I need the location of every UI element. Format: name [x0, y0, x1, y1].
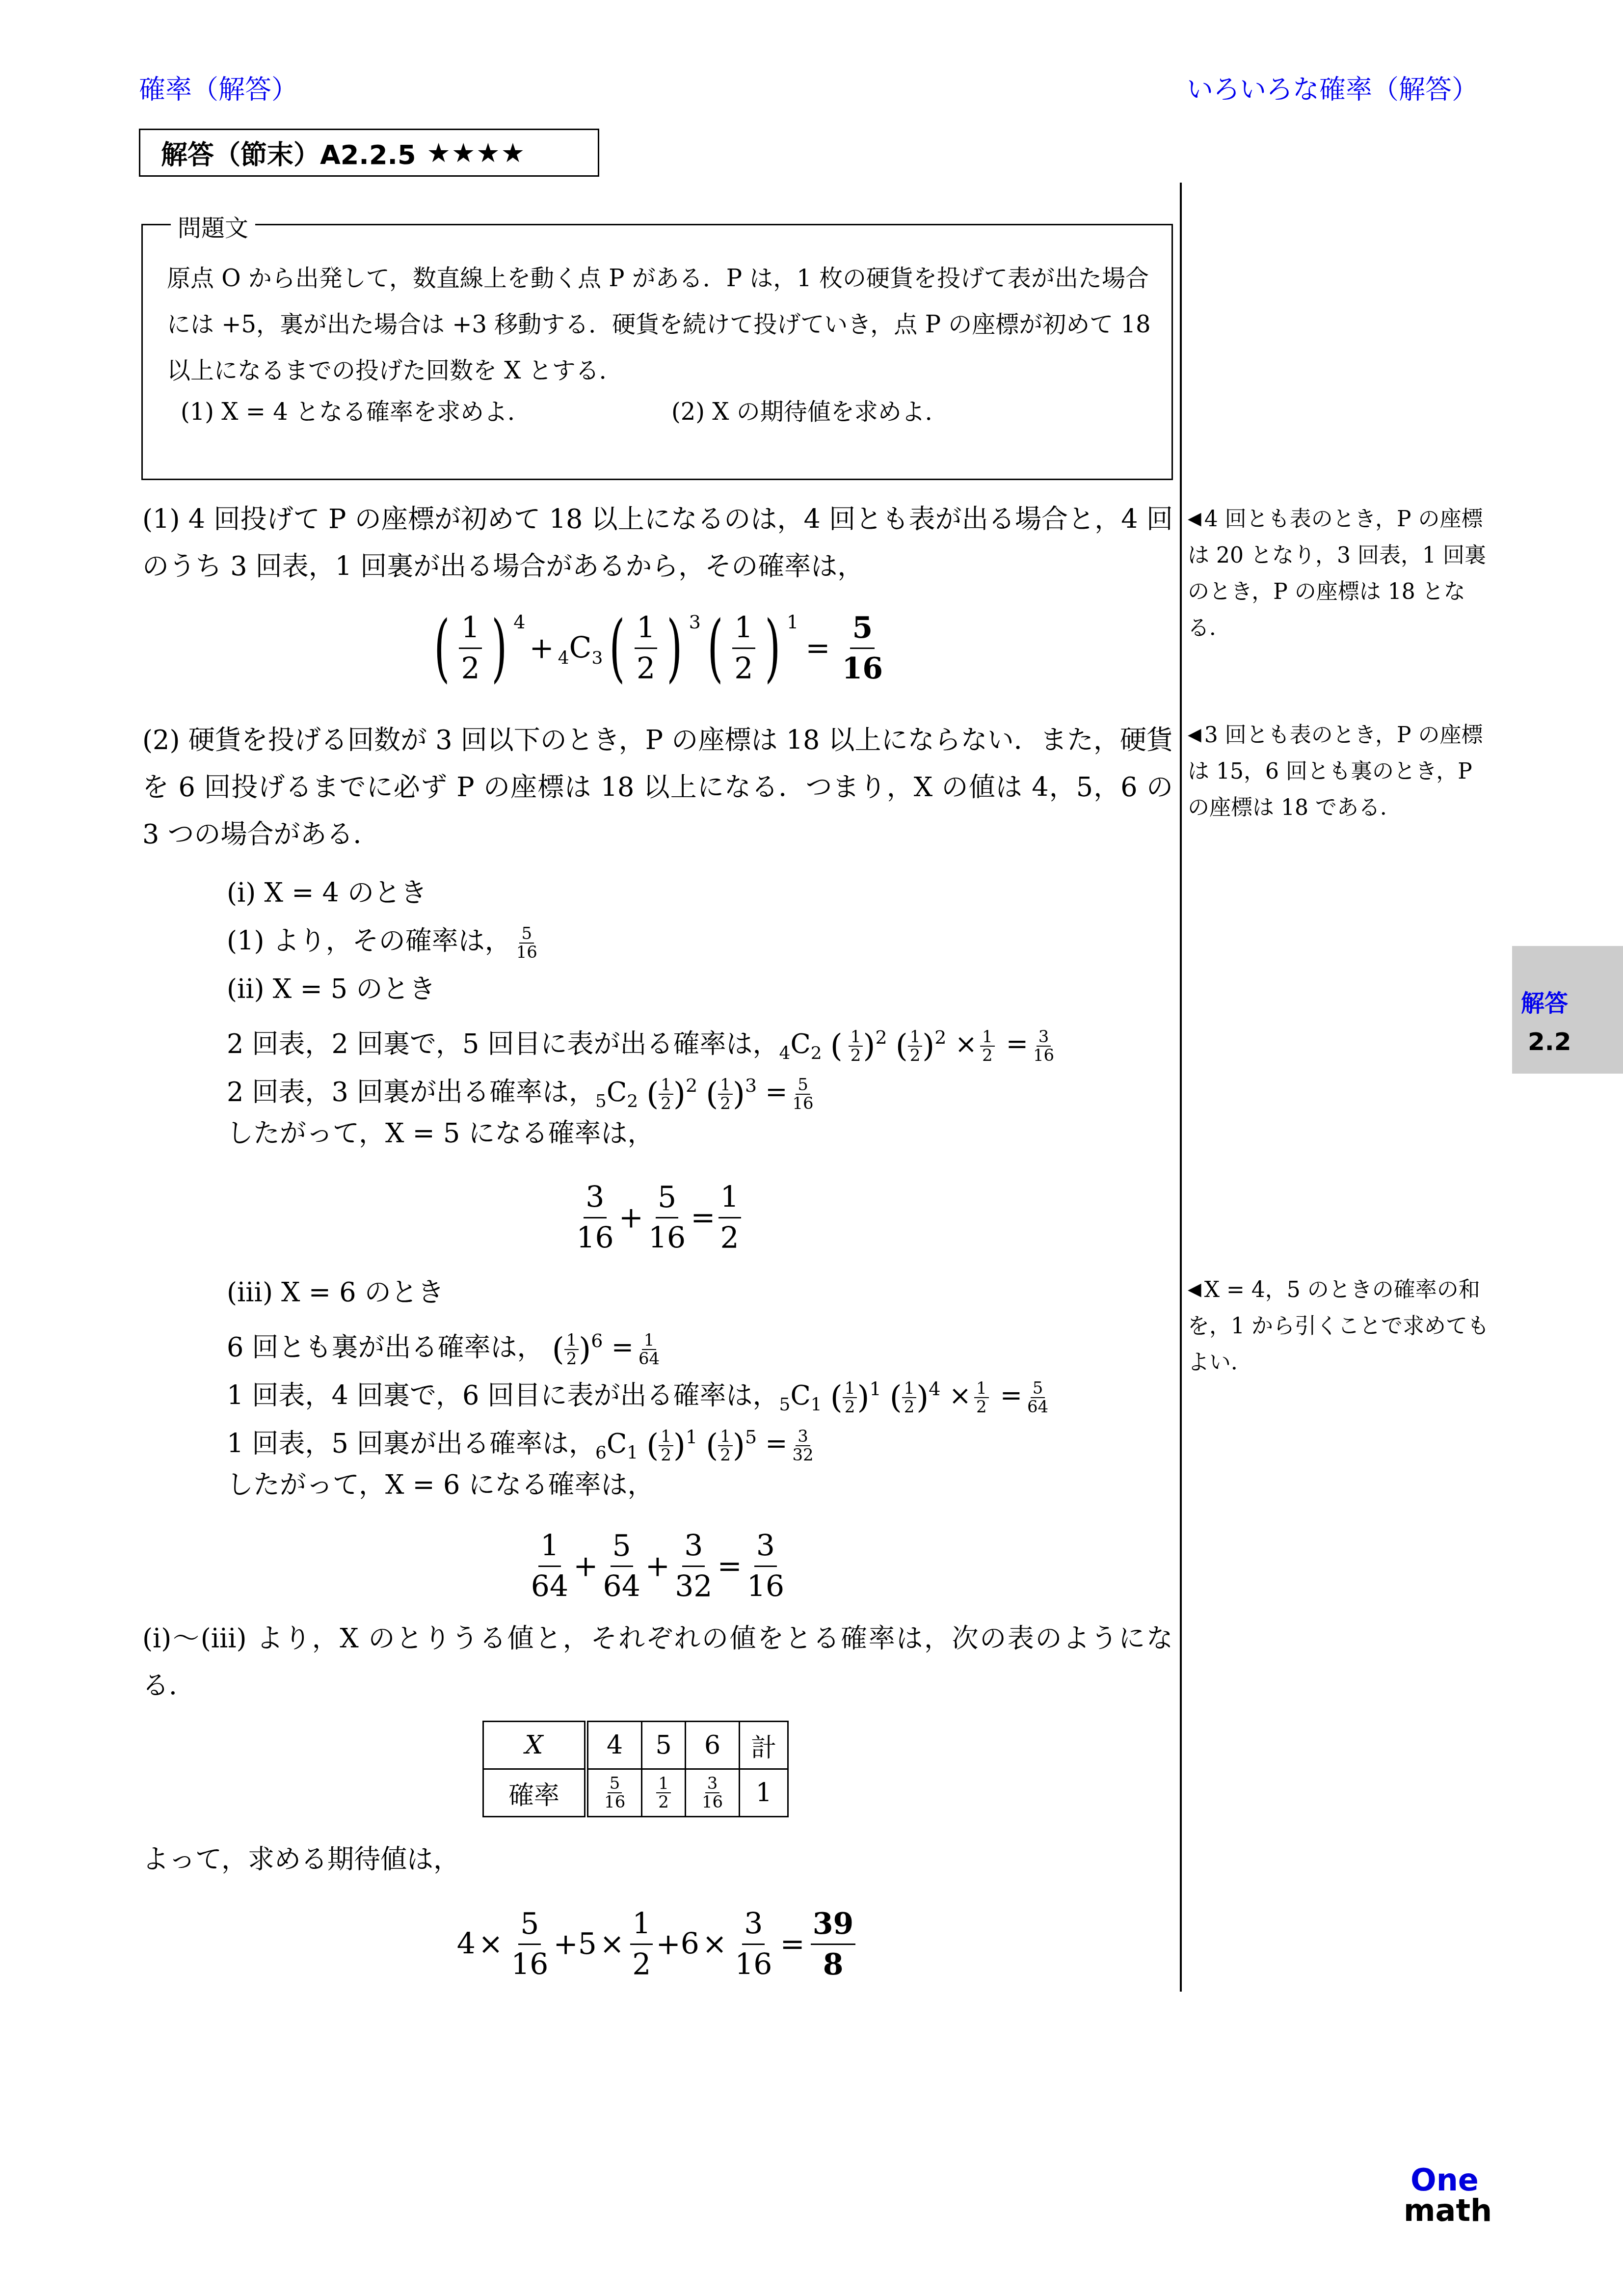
side-tab-label: 解答 — [1521, 984, 1568, 1018]
side-tab-section: 2.2 — [1528, 1027, 1571, 1056]
side-note-1: ◀4 回とも表のとき，P の座標は 20 となり，3 回表，1 回裏のとき，P … — [1188, 501, 1492, 647]
triangle-marker-icon: ◀ — [1188, 725, 1201, 745]
case2-conclusion: したがって，X = 5 になる確率は， — [227, 1109, 1159, 1158]
side-note-2: ◀3 回とも表のとき，P の座標は 15，6 回とも裏のとき，P の座標は 18… — [1188, 717, 1492, 826]
case1-line: (1) より，その確率は，516 — [227, 917, 1159, 965]
expectation-formula: 4× 516 +5× 12 +6× 316 = 398 — [142, 1900, 1173, 1988]
case3-heading: (iii) X = 6 のとき — [227, 1269, 1159, 1317]
fraction: 12 — [732, 608, 755, 688]
side-note-3: ◀X = 4，5 のときの確率の和を，1 から引くことで求めてもよい． — [1188, 1271, 1492, 1381]
case1-heading: (i) X = 4 のとき — [227, 869, 1159, 917]
onemath-logo: One math — [1404, 2165, 1492, 2226]
triangle-marker-icon: ◀ — [1188, 1279, 1201, 1299]
table-row: 確率 516 12 316 1 — [483, 1769, 788, 1817]
header-section-title: いろいろな確率（解答） — [1187, 69, 1478, 107]
part2-text: (2) 硬貨を投げる回数が 3 回以下のとき，P の座標は 18 以上にならない… — [142, 717, 1173, 858]
answer-title: 解答（節末）A2.2.5 — [161, 134, 416, 172]
result-fraction: 516 — [840, 608, 885, 688]
logo-math: math — [1404, 2195, 1492, 2226]
header-chapter-title: 確率（解答） — [139, 69, 298, 107]
problem-text: 原点 O から出発して，数直線上を動く点 P がある．P は，1 枚の硬貨を投げ… — [167, 255, 1153, 394]
problem-task-1: (1) X = 4 となる確率を求めよ． — [181, 393, 671, 427]
fraction: 12 — [635, 608, 657, 688]
probability-table: X 4 5 6 計 確率 516 12 316 1 — [482, 1721, 789, 1817]
problem-tasks: (1) X = 4 となる確率を求めよ． (2) X の期待値を求めよ． — [181, 393, 949, 427]
table-row: X 4 5 6 計 — [483, 1722, 788, 1769]
summary-text: (i)〜(iii) より，X のとりうる値と，それぞれの値をとる確率は，次の表の… — [142, 1615, 1173, 1709]
part1-formula: ( 12 )4 + 4C3 ( 12 )3 ( 12 )1 = 516 — [142, 596, 1173, 700]
section-side-tab[interactable]: 解答 2.2 — [1512, 946, 1623, 1074]
case2-sum-formula: 316 + 516 = 12 — [142, 1173, 1173, 1262]
expectation-text: よって，求める期待値は， — [142, 1836, 1173, 1883]
triangle-marker-icon: ◀ — [1188, 509, 1201, 529]
fraction: 12 — [459, 608, 481, 688]
difficulty-stars-icon: ★★★★ — [427, 137, 526, 168]
case3-line0: 6 回とも裏が出る確率は， (12)6 =164 — [227, 1317, 1159, 1372]
case3-sum-formula: 164 + 564 + 332 = 316 — [142, 1522, 1173, 1610]
logo-one: One — [1404, 2165, 1492, 2195]
answer-title-box: 解答（節末）A2.2.5 ★★★★ — [139, 129, 599, 177]
case3-conclusion: したがって，X = 6 になる確率は， — [227, 1461, 1159, 1509]
problem-label: 問題文 — [171, 209, 255, 243]
problem-task-2: (2) X の期待値を求めよ． — [671, 393, 949, 427]
part1-text: (1) 4 回投げて P の座標が初めて 18 以上になるのは，4 回とも表が出… — [142, 496, 1173, 590]
case2-heading: (ii) X = 5 のとき — [227, 965, 1159, 1013]
margin-divider — [1180, 183, 1182, 1992]
